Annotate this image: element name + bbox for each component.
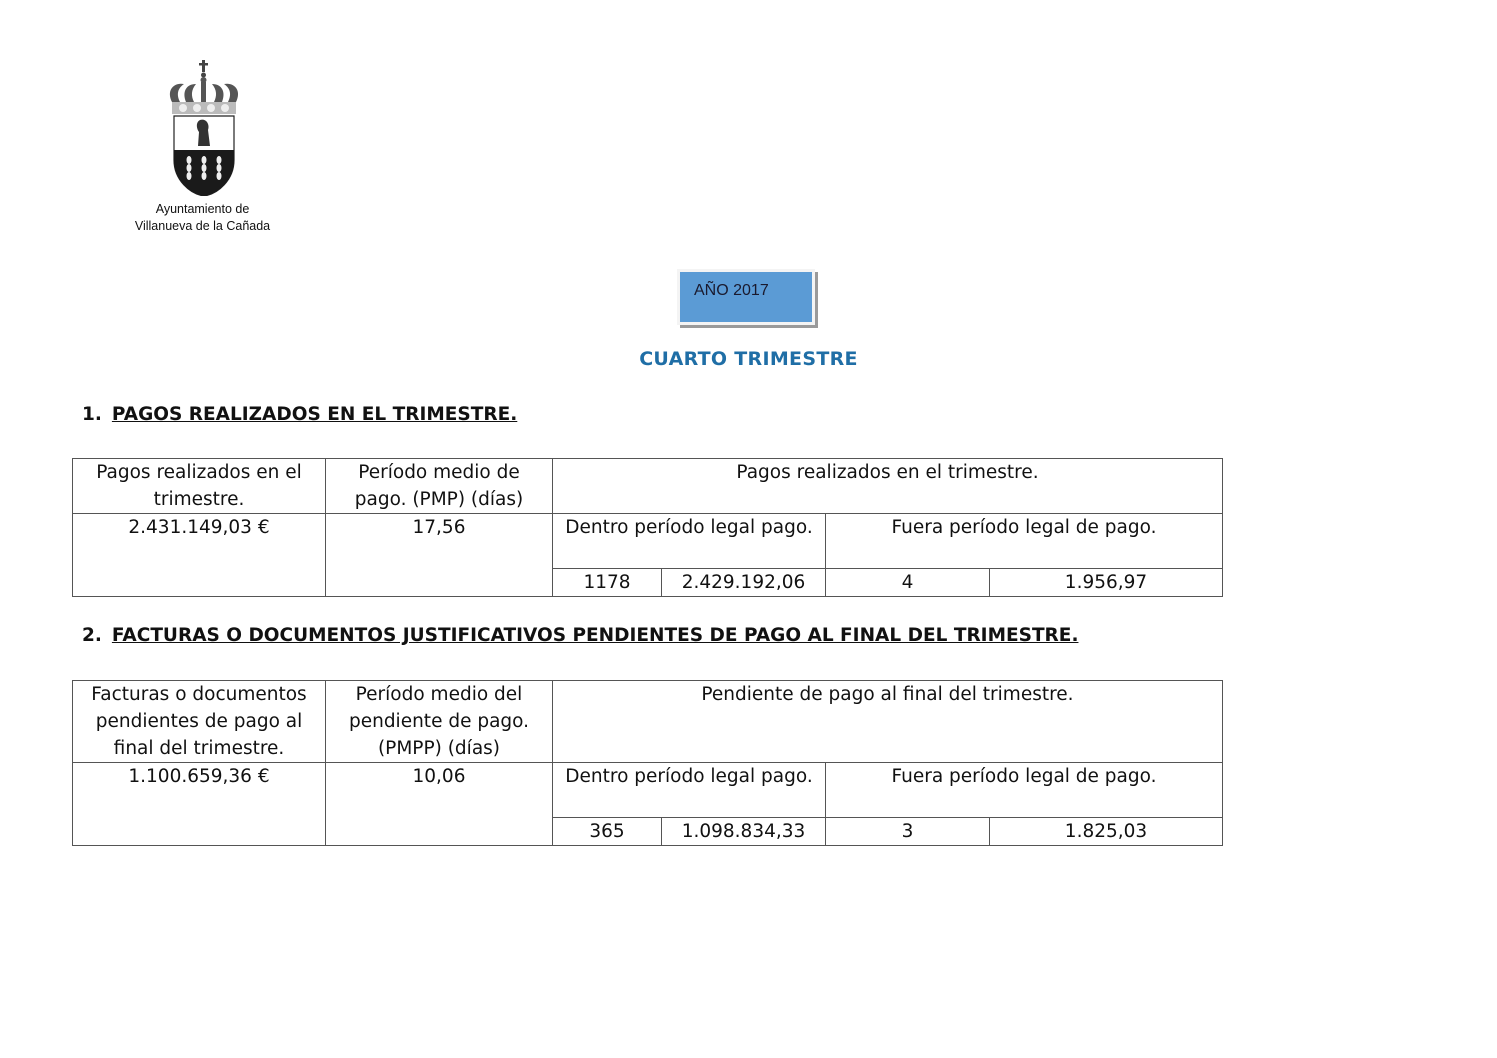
outside-header: Fuera período legal de pago. (826, 514, 1223, 569)
municipality-logo: Ayuntamiento de Villanueva de la Cañada (120, 58, 285, 238)
average-days-value: 10,06 (326, 763, 553, 846)
outside-amount: 1.825,03 (990, 818, 1223, 846)
within-header: Dentro período legal pago. (553, 763, 826, 818)
group-header: Pendiente de pago al final del trimestre… (553, 681, 1223, 763)
section2-number: 2. (82, 625, 102, 646)
org-name-line1: Ayuntamiento de (120, 202, 285, 216)
table-header-row: Pagos realizados en el trimestre. Períod… (73, 459, 1223, 514)
col-header-average-days: Período medio de pago. (PMP) (días) (326, 459, 553, 514)
col-header-total: Pagos realizados en el trimestre. (73, 459, 326, 514)
col-header-average-days: Período medio del pendiente de pago. (PM… (326, 681, 553, 763)
within-count: 365 (553, 818, 662, 846)
municipal-crest-icon (166, 60, 242, 196)
org-name-line2: Villanueva de la Cañada (120, 219, 285, 233)
total-value: 2.431.149,03 € (73, 514, 326, 597)
within-amount: 1.098.834,33 (662, 818, 826, 846)
section1-title: PAGOS REALIZADOS EN EL TRIMESTRE. (112, 404, 517, 425)
average-days-value: 17,56 (326, 514, 553, 597)
total-value: 1.100.659,36 € (73, 763, 326, 846)
table-subheader-row: 1.100.659,36 € 10,06 Dentro período lega… (73, 763, 1223, 818)
section2-title: FACTURAS O DOCUMENTOS JUSTIFICATIVOS PEN… (112, 625, 1079, 646)
payments-table: Pagos realizados en el trimestre. Períod… (72, 458, 1223, 597)
within-count: 1178 (553, 569, 662, 597)
table-subheader-row: 2.431.149,03 € 17,56 Dentro período lega… (73, 514, 1223, 569)
within-amount: 2.429.192,06 (662, 569, 826, 597)
year-box: AÑO 2017 (677, 269, 815, 325)
outside-header: Fuera período legal de pago. (826, 763, 1223, 818)
pending-table: Facturas o documentos pendientes de pago… (72, 680, 1223, 846)
quarter-title: CUARTO TRIMESTRE (0, 348, 1497, 370)
within-header: Dentro período legal pago. (553, 514, 826, 569)
outside-count: 4 (826, 569, 990, 597)
section2-heading: 2.FACTURAS O DOCUMENTOS JUSTIFICATIVOS P… (82, 625, 1078, 646)
year-label: AÑO 2017 (694, 282, 769, 300)
section1-heading: 1.PAGOS REALIZADOS EN EL TRIMESTRE. (82, 404, 517, 425)
outside-amount: 1.956,97 (990, 569, 1223, 597)
col-header-total: Facturas o documentos pendientes de pago… (73, 681, 326, 763)
table-header-row: Facturas o documentos pendientes de pago… (73, 681, 1223, 763)
outside-count: 3 (826, 818, 990, 846)
group-header: Pagos realizados en el trimestre. (553, 459, 1223, 514)
section1-number: 1. (82, 404, 102, 425)
